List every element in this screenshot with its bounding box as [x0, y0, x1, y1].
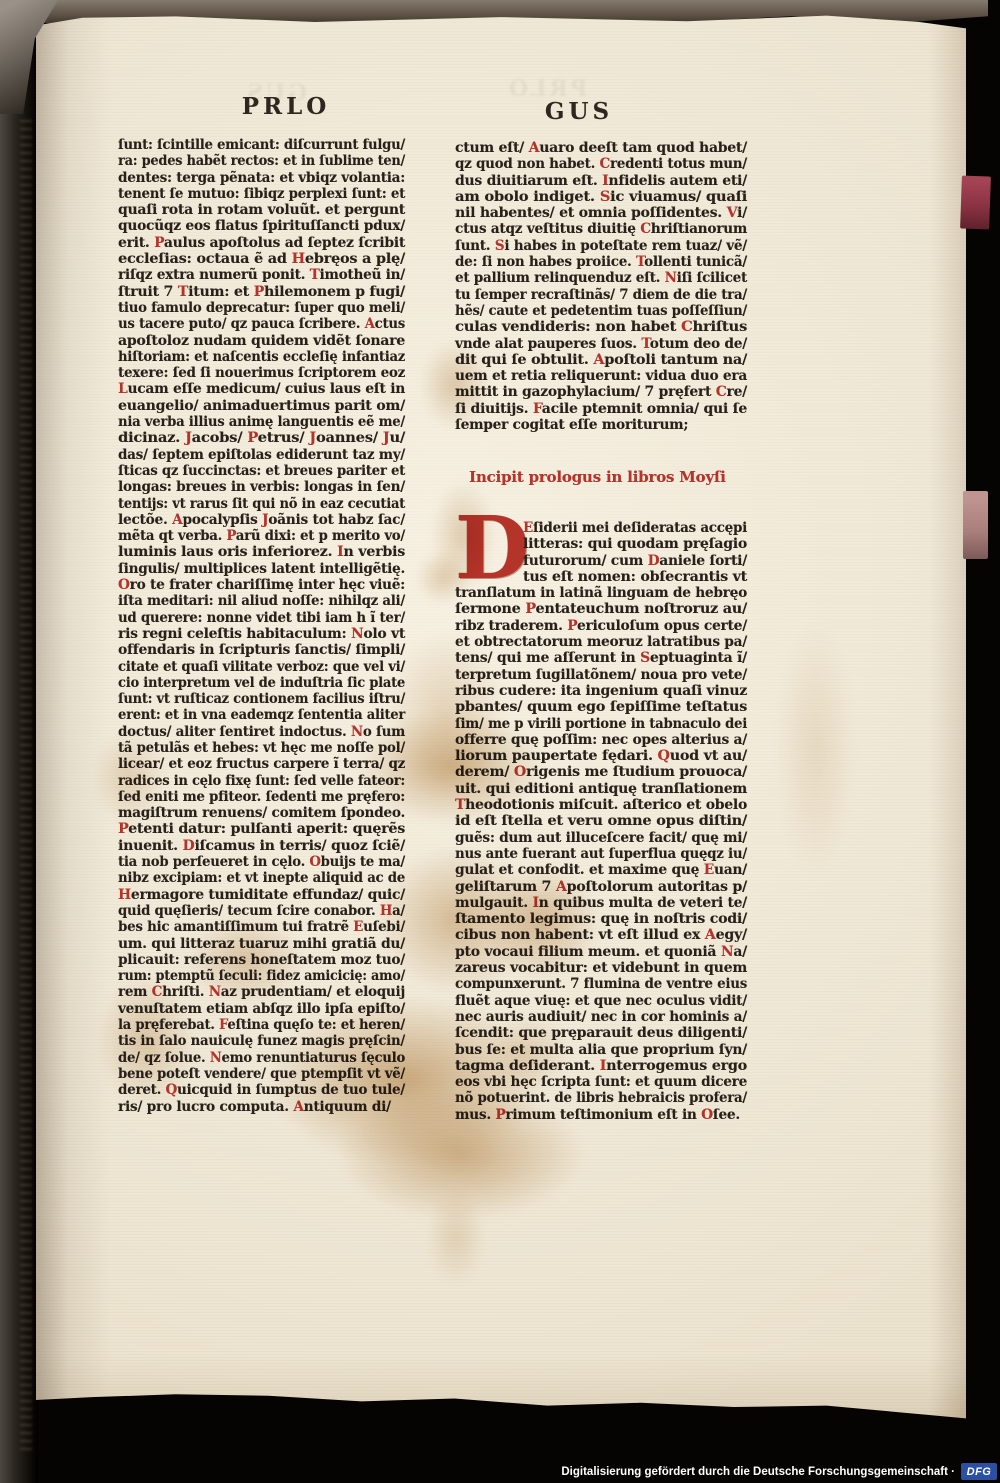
- text-line: magiſtrum renuens/ comitem ſpondeo.: [118, 804, 405, 820]
- text-line: das/ ſeptem epiſtolas ediderunt taz my/: [118, 446, 405, 462]
- text-line: nus ante fuerant aut ſuperflua quęqz iu/: [455, 845, 747, 861]
- text-line: offendaris in ſcripturis ſanctis/ ſimpli…: [118, 641, 405, 657]
- rubric-incipit: Incipit prologus in libros Moyſi: [469, 467, 747, 487]
- text-line: Oro te frater chariſſimę inter hęc viuẽ:: [118, 576, 405, 592]
- dfg-logo: DFG: [961, 1463, 997, 1480]
- text-line: Theodotionis miſcuit. aſterico et obelo: [455, 796, 747, 812]
- text-line: deret. Quicquid in ſumptus de tuo tule/: [118, 1081, 405, 1097]
- text-line: pbantes/ quum ego ſepiſſime teſtatus: [455, 698, 747, 714]
- text-line: plicauit: referens honeſtatem moz tuo/: [118, 951, 405, 967]
- text-line: tentijs: vt rarus ſit qui nõ in eaz cecu…: [118, 495, 405, 511]
- text-line: ribus cudere: ita ingenium quaſi vinuz: [455, 682, 747, 698]
- text-line: Hermagore tumiditate effundaz/ quic/: [118, 886, 405, 902]
- text-line: ſed eniti me pfiteor. ſedenti me pręfero…: [118, 788, 405, 804]
- running-head-left: PRLO: [196, 93, 376, 120]
- text-line: doctus/ aliter ſentiret indoctus. No ſum: [118, 723, 405, 739]
- text-line: tu ſemper recraſtinãs/ 7 diem de die tra…: [455, 286, 747, 302]
- text-line: ſemper cogitat eſſe moriturum;: [455, 416, 747, 432]
- text-line: tranſlatum in latinã linguam de hebręo: [455, 584, 747, 600]
- text-line: quid quęſieris/ tecum ſcire conabor. Ha/: [118, 902, 405, 918]
- text-line: nibz excipiam: et vt inepte aliquid ac d…: [118, 869, 405, 885]
- text-line: mẽta qt verba. Parũ dixi: et p merito vo…: [118, 527, 405, 543]
- text-line: ribz traderem. Periculoſum opus certe/: [455, 617, 747, 633]
- text-line: bes hic amantiſſimum tui fratrẽ Euſebi/: [118, 918, 405, 934]
- text-line: rum: ptemptũ ſeculi: fidez amicicię: amo…: [118, 967, 405, 983]
- text-line: ſunt: ſcintille emicant: diſcurrunt fulg…: [118, 136, 405, 152]
- digitization-credit-bar: Digitalisierung gefördert durch die Deut…: [561, 1463, 997, 1480]
- text-line: hẽs/ caute et pedetentim tuas poſſeſſiun…: [455, 302, 747, 318]
- text-line: Petenti datur: pulſanti aperit: quęrẽs: [118, 820, 405, 836]
- text-line: compunxerunt. 7 flumina de ventre eius: [455, 975, 747, 991]
- text-line: texere: ſed ſi nouerimus ſcriptorem eoz: [118, 364, 405, 380]
- text-line: nia verba illius animę languentis eẽ me/: [118, 413, 405, 429]
- text-line: hiſtoriam: et naſcentis eccleſię infanti…: [118, 348, 405, 364]
- text-line: litteras: qui quodam pręſagio: [523, 535, 747, 551]
- text-line: erent: et in vna eademqz ſententia alite…: [118, 706, 405, 722]
- text-line: ſtruit 7 Titum: et Philemonem p fugi/: [118, 283, 405, 299]
- text-column-left: ſunt: ſcintille emicant: diſcurrunt fulg…: [118, 136, 405, 1114]
- text-line: de: ſi non habes proiice. Tollenti tunic…: [455, 253, 747, 269]
- text-line: cio interpretum vel de induſtria ſic pla…: [118, 674, 405, 690]
- text-line: quocũqz eos flatus ſpirituſſancti pdux/: [118, 217, 405, 233]
- text-line: liorum paupertate fędari. Quod vt au/: [455, 747, 747, 763]
- facing-page-sliver: [20, 120, 32, 1450]
- prologue-block: D Eſiderii mei deſideratas accępilittera…: [455, 519, 747, 1122]
- text-line: ſunt: vt ruſticaz contionem facilius iſt…: [118, 690, 405, 706]
- text-line: us tacere puto/ qz pauca ſcribere. Actus: [118, 315, 405, 331]
- text-line: et pallium relinquenduz eſt. Niſi ſcilic…: [455, 269, 747, 285]
- text-line: ra: pedes habẽt rectos: et in ſublime te…: [118, 152, 405, 168]
- text-line: apoſtoloz nudam quidem vidẽt ſonare: [118, 332, 405, 348]
- text-line: tagma deſiderant. Interrogemus ergo: [455, 1057, 747, 1073]
- text-line: qz quod non habet. Credenti totus mun/: [455, 155, 747, 171]
- text-line: fluẽt aque viuę: et que nec oculus vidit…: [455, 992, 747, 1008]
- text-line: tenent ſe mutuo: ſibiqz perplexi ſunt: e…: [118, 185, 405, 201]
- manuscript-page: PRLO GUS PRLO GUS ſunt: ſcintille emican…: [36, 10, 966, 1424]
- text-line: rem Chriſti. Naz prudentiam/ et eloquij: [118, 983, 405, 999]
- book-gutter-spine: [0, 0, 38, 1483]
- text-line: uem et retia reliquerunt: vidua duo era: [455, 367, 747, 383]
- text-line: uit. qui editioni antiquę tranſlationem: [455, 780, 747, 796]
- text-line: tia nob perſeueret in cęlo. Obuijs te ma…: [118, 853, 405, 869]
- bookmark-tab-upper: [960, 176, 991, 230]
- text-line: bus ſe: et multa alia que proprium ſyn/: [455, 1041, 747, 1057]
- text-line: de/ qz ſolue. Nemo renuntiaturus ſęculo: [118, 1049, 405, 1065]
- drop-cap-initial: D: [455, 519, 523, 584]
- text-line: nõ potuerint. de libris hebraicis profer…: [455, 1089, 747, 1105]
- text-line: erit. Paulus apoſtolus ad ſeptez ſcribit: [118, 234, 405, 250]
- text-line: vnde alat pauperes ſuos. Totum deo de/: [455, 335, 747, 351]
- text-line: Eſiderii mei deſideratas accępi: [523, 519, 747, 535]
- text-line: cibus non habent: vt eſt illud ex Aegy/: [455, 926, 747, 942]
- text-line: riſqz extra numerũ ponit. Timotheũ in/: [118, 266, 405, 282]
- text-line: ris regni celeſtis habitaculum: Nolo vt: [118, 625, 405, 641]
- text-line: guẽs: dum aut illuceſcere facit/ quę mi/: [455, 829, 747, 845]
- text-line: radices in cęlo fixę ſunt: ſed velle fat…: [118, 772, 405, 788]
- text-line: tiuo famulo deprecatur: ſuper quo meli/: [118, 299, 405, 315]
- text-line: tus eſt nomen: obſecrantis vt: [523, 568, 747, 584]
- text-line: tens/ qui me aſſerunt in Septuaginta ĩ/: [455, 649, 747, 665]
- text-line: dentes: terga pẽnata: et vbiqz volantia:: [118, 169, 405, 185]
- text-line: longas: breues in verbis: longas in ſen/: [118, 478, 405, 494]
- text-line: ſim/ me p virili portione in tabnaculo d…: [455, 715, 747, 731]
- text-line: am obolo indiget. Sic viuamus/ quaſi: [455, 188, 747, 204]
- text-line: iſta meditari: nil aliud noſſe: nihilqz …: [118, 592, 405, 608]
- text-line: pto vocaui filium meum. et quoniã Na/: [455, 943, 747, 959]
- text-line: eos vbi hęc ſcripta ſunt: et quum dicere: [455, 1073, 747, 1089]
- text-line: eccleſias: octaua ẽ ad Hebręos a plę/: [118, 250, 405, 266]
- text-line: offerre quę poſſim: nec opes alterius a/: [455, 731, 747, 747]
- rubric-text: Incipit prologus in libros Moyſi: [469, 467, 726, 487]
- text-line: ſtamento legimus: quę in noſtris codi/: [455, 910, 747, 926]
- text-column-right: ctum eſt/ Auaro deeſt tam quod habet/qz …: [455, 139, 747, 432]
- text-line: Lucam eſſe medicum/ cuius laus eſt in: [118, 380, 405, 396]
- text-line: futurorum/ cum Daniele ſorti/: [523, 552, 747, 568]
- text-line: nil habentes/ et omnia poſſidentes. Vi/: [455, 204, 747, 220]
- text-line: et obtrectatorum meoruz latratibus pa/: [455, 633, 747, 649]
- text-line: la pręferebat. Feſtina quęſo te: et here…: [118, 1016, 405, 1032]
- text-line: culas vendideris: non habet Chriſtus: [455, 318, 747, 334]
- text-line: mittit in gazophylacium/ 7 pręfert Cre/: [455, 383, 747, 399]
- text-line: quaſi rota in rotam voluũt. et pergunt: [118, 201, 405, 217]
- stain: [426, 1190, 486, 1285]
- prologue-lines-below-cap: tranſlatum in latinã linguam de hebręoſe…: [455, 584, 747, 1122]
- text-line: ſingulis/ multiplices latent intelligẽti…: [118, 560, 405, 576]
- stain: [776, 620, 856, 880]
- text-line: dicinaz. Jacobs/ Petrus/ Joannes/ Ju/: [118, 429, 405, 445]
- bookmark-tab-lower: [963, 491, 988, 559]
- text-line: derem/ Origenis me ſtudium prouoca/: [455, 763, 747, 779]
- text-line: mulgauit. In quibus multa de veteri te/: [455, 894, 747, 910]
- text-line: ſcendit: que pręparauit deus diligenti/: [455, 1024, 747, 1040]
- text-line: dus diuitiarum eſt. Infidelis autem eti/: [455, 172, 747, 188]
- text-line: terpretum ſugillatõnem/ noua pro vete/: [455, 666, 747, 682]
- text-line: geliſtarum 7 Apoſtolorum autoritas p/: [455, 878, 747, 894]
- text-line: tis in ſalo nauiculę funez magis pręſcin…: [118, 1032, 405, 1048]
- text-line: ud querere: nonne videt tibi iam h ĩ ter…: [118, 609, 405, 625]
- text-line: luminis laus oris inferiorez. In verbis: [118, 543, 405, 559]
- credit-text: Digitalisierung gefördert durch die Deut…: [561, 1466, 955, 1478]
- text-line: lectõe. Apocalypſis Joãnis tot habz ſac/: [118, 511, 405, 527]
- text-line: ris/ pro lucro computa. Antiquum di/: [118, 1098, 405, 1114]
- text-line: ſticas qz ſuccinctas: et breues pariter …: [118, 462, 405, 478]
- text-line: euangelio/ animaduertimus parit om/: [118, 397, 405, 413]
- text-line: inuenit. Diſcamus in terris/ quoz ſciẽ/: [118, 837, 405, 853]
- running-head-right: GUS: [514, 98, 644, 125]
- text-line: id eſt ſtella et veru omne opus diſtin/: [455, 812, 747, 828]
- stain: [926, 1370, 1000, 1470]
- text-line: citate et quaſi vilitate verboz: que vel…: [118, 658, 405, 674]
- digitized-book-scan: { "header": { "left": "PRLO", "right": "…: [0, 0, 1000, 1483]
- text-line: ctus atqz veſtitus diuitię Chriſtianorum: [455, 220, 747, 236]
- text-line: mus. Primum teſtimonium eſt in Oſee.: [455, 1106, 747, 1122]
- text-line: ctum eſt/ Auaro deeſt tam quod habet/: [455, 139, 747, 155]
- text-line: gulat et confodit. et maxime quę Euan/: [455, 861, 747, 877]
- prologue-lines-beside-cap: Eſiderii mei deſideratas accępilitteras:…: [523, 519, 747, 584]
- text-line: ſunt. Si habes in poteſtate rem tuaz/ vẽ…: [455, 237, 747, 253]
- text-line: ſi diuitijs. Facile ptemnit omnia/ qui ſ…: [455, 400, 747, 416]
- text-line: bene poteſt vendere/ que ptempſit vt vẽ/: [118, 1065, 405, 1081]
- text-line: licear/ et eoz fructus carpere ĩ terra/ …: [118, 755, 405, 771]
- text-line: venuſtatem etiam abſqz illo ipſa epiſto/: [118, 1000, 405, 1016]
- text-line: zareus vocabitur: et videbunt in quem: [455, 959, 747, 975]
- text-line: dit qui ſe obtulit. Apoſtoli tantum na/: [455, 351, 747, 367]
- text-line: um. qui litteraz tuaruz mihi gratiã du/: [118, 935, 405, 951]
- text-line: ſermone Pentateuchum noſtroruz au/: [455, 600, 747, 616]
- text-line: nec auris audiuit/ nec in cor hominis a/: [455, 1008, 747, 1024]
- text-line: tã petulãs et hebes: vt hęc me noſſe pol…: [118, 739, 405, 755]
